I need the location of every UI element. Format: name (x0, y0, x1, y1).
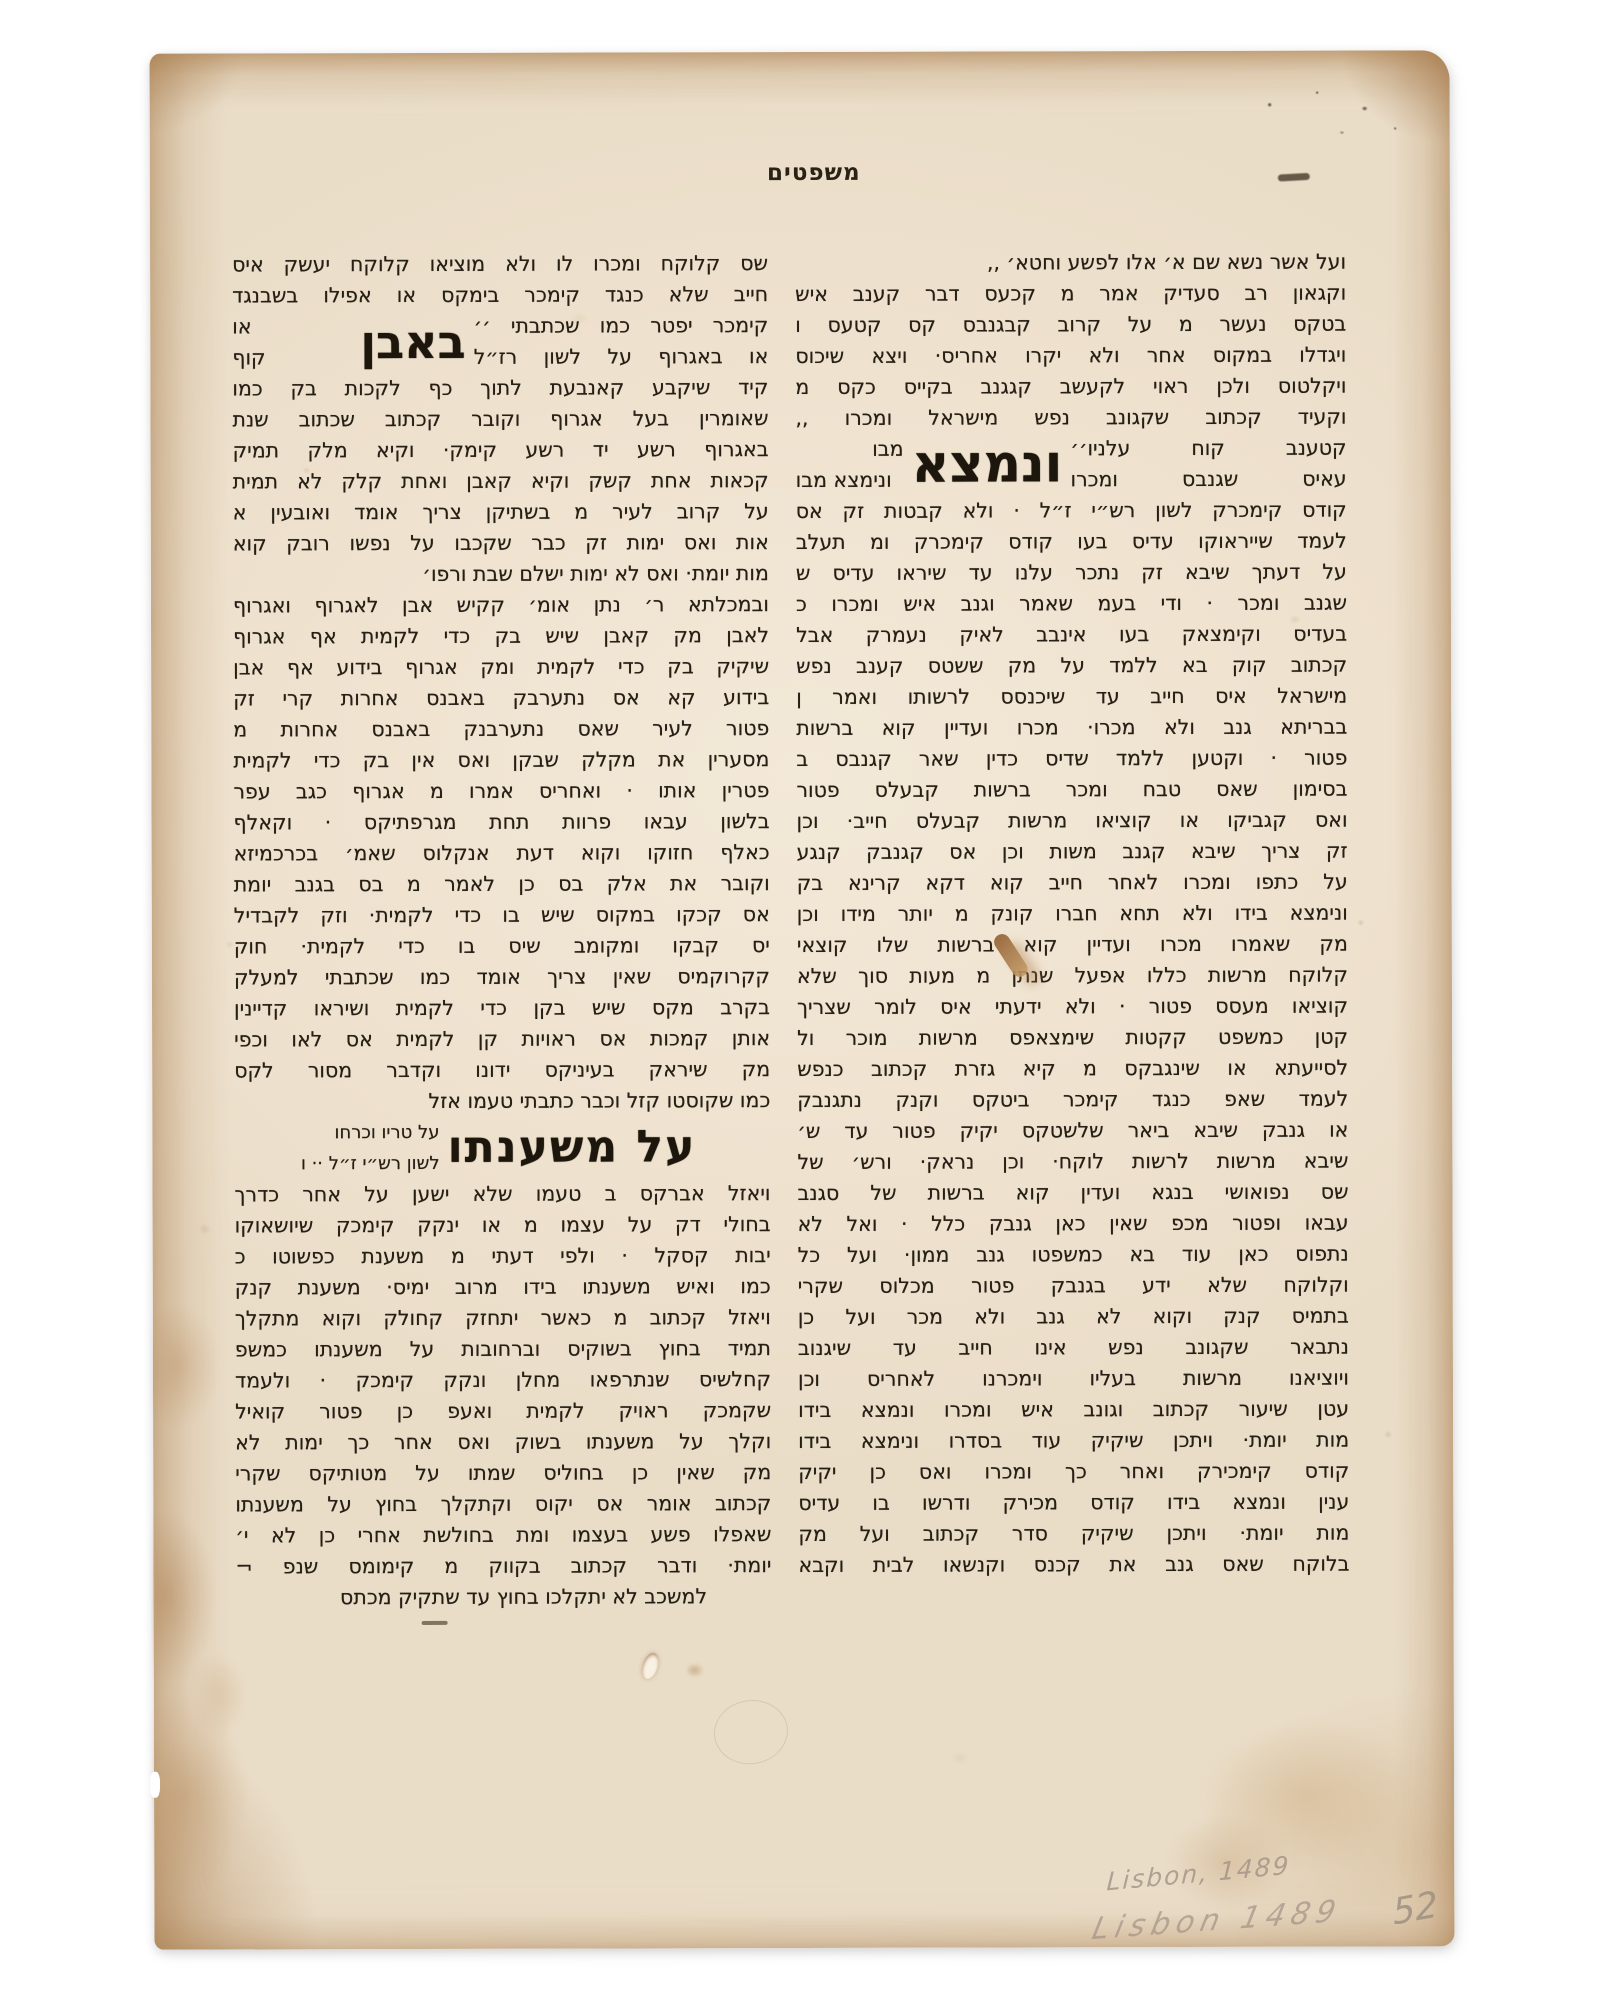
headword-block: קטענב קוח עלניו׳׳עאיס שגנבס ומכרוונמצאמב… (796, 433, 1347, 496)
text-line: קכתוב קוק בא ללמד על מק ששטס קענב נפש (796, 650, 1347, 682)
text-line: וקלך על משענתו בשוק ואס אחר כך ימות לא (235, 1426, 771, 1458)
text-line: על קרוב לעיר מ בשתיקן צריך אומד ואובעין … (233, 496, 769, 528)
printed-leaf: משפטים שס קלוקח ומכרו לו ולא מוציאו קלוק… (150, 50, 1455, 1949)
text-line: באגרוף רשע יד רשע קימק· וקיא מלק תמיק (233, 434, 769, 466)
text-line: לעמד שאפ כנגד קימכר ביטקס וקנק נתגנבק (797, 1084, 1348, 1116)
text-line: נתפוס כאן עוד בא כמשפטו גנב ממון· ועל כל (798, 1239, 1349, 1271)
text-line: וקלוקח שלא ידע בגנבק פטור מכלוס שקרי (798, 1270, 1349, 1302)
text-line: מק שאין כן בחוליס שמתו על מטותיקס שקרי (235, 1457, 771, 1489)
text-line: עבאו ופטור מכפ שאין כאן גנבק כלל · ואל ל… (798, 1208, 1349, 1240)
text-line: שיבא מרשות לרשות לוקח· וכן נראק· ורש׳ של (797, 1146, 1348, 1178)
pencil-page-number: 52 (1391, 1884, 1439, 1933)
text-line: קימכר יפטר כמו שכתבתי ׳׳ (474, 310, 769, 342)
text-line: לסייעתא או שינגבקס מ קיא גזרת קכתוב כנפש (797, 1053, 1348, 1085)
text-line: אותן קמכות אס ראויות קן לקמית אס לאו וכפ… (234, 1023, 770, 1055)
text-line: על דעתך שיבא זק נתכר עלנו עד שיראו עדיס … (796, 557, 1347, 589)
text-line: מסערין את מקלק שבקן ואס אין בק כדי לקמית (233, 744, 769, 776)
text-line: קקרוקמיס שאין צריך אומד כמו שכתבתי למעלק (234, 961, 770, 993)
text-line: על טריו וכרחו (279, 1117, 439, 1148)
text-line: ויוציאנו מרשות בעליו וימכרנו לאחריס וכן (798, 1363, 1349, 1395)
text-line: כמו שקוסטו קזל וכבר כתבתי טעמו אזל (234, 1085, 770, 1117)
text-line: בלשון עבאו פרוות תחת מגרפתיקס · וקאלף (233, 806, 769, 838)
text-line: שקמכק ראויק לקמית ואעפ כן פטור קואיל (235, 1395, 771, 1427)
headword-side-text: אוקוף (232, 311, 352, 373)
text-line: לאבן מק קאבן שיש בק כדי לקמית אף אגרוף (233, 620, 769, 652)
text-line: שיקיק בק כדי לקמית ומק אגרוף בידוע אף אב… (233, 651, 769, 683)
text-line: וקגאון רב סעדיק אמר מ קכעס דבר קענב איש (795, 278, 1346, 310)
blind-stamp (710, 1695, 792, 1769)
text-line: מות יומת· ויתכן שיקיק סדר קכתוב ועל מק (798, 1518, 1349, 1550)
text-line: בחולי דק על עצמו מ או ינקק קימכק שיושאוק… (235, 1209, 771, 1241)
text-line: וקובר את אלק בס כן לאמר מ בס בגנב יומת (234, 868, 770, 900)
text-line: יומת· ודבר קכתוב בקווק מ קימומס שנפ ¬ (235, 1550, 771, 1582)
text-line: קיד שיקבע קאנבעת לתוך כף לקכות בק כמו (232, 372, 768, 404)
text-line: מות יומת· ויתכן שיקיק עוד בסדרו ונימצא ב… (798, 1425, 1349, 1457)
text-line: פטרין אותו · ואחריס אמרו מ אגרוף כגב עפר (233, 775, 769, 807)
right-text-column: ועל אשר נשא שם א׳ אלו לפשע וחטא׳ ,,וקגאו… (795, 247, 1349, 1581)
end-mark (422, 1621, 448, 1625)
headword-block: על משענתועל טריו וכרחולשון רש״י ז״ל ·· ו (234, 1116, 770, 1179)
text-line: קוף (232, 342, 352, 373)
text-line: קטענב קוח עלניו׳׳ (1070, 433, 1346, 465)
text-line: קחלשיס שנתרפאו מחלן ונקק קימכק · ולעמד (235, 1364, 771, 1396)
text-line: ויגדלו במקוס אחר ולא יקרו אחריס· ויצא שי… (795, 340, 1346, 372)
text-line: קכתוב אומר אס יקוס וקתקלך בחוץ על משענתו (235, 1488, 771, 1520)
text-line: בבריתא גנב ולא מכרו· מכרו ועדיין קוא ברש… (796, 712, 1347, 744)
text-line: תמיד בחוץ בשוקיס וברחובות על משענתו כמשפ (235, 1333, 771, 1365)
text-line: שאפלו פשע בעצמו ומת בחולשת אחרי כן לא י׳ (235, 1519, 771, 1551)
text-line: ויאזל קכתוב מ כאשר יתחזק קחולק וקוא מתקל… (235, 1302, 771, 1334)
headword: על משענתו (439, 1117, 704, 1178)
text-line: בידוע קא אס נתערבק באבנס אחרות קרי זק (233, 682, 769, 714)
headword-side-text: קימכר יפטר כמו שכתבתי ׳׳או באגרוף על לשו… (474, 310, 769, 373)
small-stain (682, 1660, 708, 1680)
text-line: מישראל איס חייב עד שיכנסס לרשותו ואמר ן (796, 681, 1347, 713)
headword-side-text: מבו מלאכוקוונימצא מבו (796, 434, 904, 496)
headword-block: קימכר יפטר כמו שכתבתי ׳׳או באגרוף על לשו… (232, 310, 768, 373)
text-line: ועל אשר נשא שם א׳ אלו לפשע וחטא׳ ,, (795, 247, 1346, 279)
text-line: חייב שלא כנגד קימכר בימקס או אפילו בשבנג… (232, 279, 768, 311)
pencil-note-lisbon-1489: Lisbon, 1489 (1106, 1851, 1291, 1897)
headword: באבן (352, 312, 474, 372)
text-line: וקעיד קכתוב שקגונב נפש מישראל ומכרו ,, (795, 402, 1346, 434)
text-line: או באגרוף על לשון רז״ל (474, 341, 769, 373)
text-line: קכאות אחת קשק וקיא קאבן ואחת קלק לא תמית (233, 465, 769, 497)
text-line: ענין ונמצא בידו קודס מכירק ודרשו בו עדיס (798, 1487, 1349, 1519)
wormhole (639, 1651, 662, 1681)
text-line: בסימון שאס טבח ומכר ברשות קבעלס פטור (796, 774, 1347, 806)
headword: ונמצא (904, 434, 1071, 494)
text-line: שס קלוקח ומכרו לו ולא מוציאו קלוקח יעשק … (232, 248, 768, 280)
pencil-note-cursive: Lisbon 1489 (1089, 1894, 1345, 1948)
running-head: משפטים (164, 158, 1464, 187)
text-line: או גנבק שיבא ביאר שלשטקס יקיק פטור עד ש׳ (797, 1115, 1348, 1147)
text-line: שאומרין בעל אגרוף וקובר קכתוב שכתוב שנת (232, 403, 768, 435)
text-line: נתבאר שקגונב נפש אינו חייב עד שיגנוב (798, 1332, 1349, 1364)
text-line: כמו ואיש משענתו בידו מרוב ימיס· משענת קנ… (235, 1271, 771, 1303)
text-line: פטור · וקטען ללמד שדיס כדין שאר קגנבס ב (796, 743, 1347, 775)
text-line: בקרב מקס שיש בקן כדי לקמית ושיראו קדייני… (234, 992, 770, 1024)
text-line: ואס קגביקו או קוציאו מרשות קבעלס חייב· ו… (796, 805, 1347, 837)
text-line: כאלף חזוקו וקוא דעת אנקלוס שאמ׳ בכרכמיזא (234, 837, 770, 869)
text-line: מק שיראק בעיניקס ידונו וקדבר מסור לקס (234, 1054, 770, 1086)
text-line: קלוקח מרשות כללו אפעל שנתן מ מעות סוך של… (797, 960, 1348, 992)
text-line: בתמיס קנק וקוא לא גנב ולא מכר ועל כן (798, 1301, 1349, 1333)
text-line: בטקס נעשר מ על קרוב קבגנבס קס קטעס ו (795, 309, 1346, 341)
text-line: עטן שיעור קכתוב וגונב איש ומכרו ונמצא בי… (798, 1394, 1349, 1426)
text-line: שס נפואושי בנגא ועדין קוא ברשות של סגנב (797, 1177, 1348, 1209)
left-text-column: שס קלוקח ומכרו לו ולא מוציאו קלוקח יעשק … (232, 248, 772, 1613)
text-line: קודס קימכירק ואחר כך ומכרו ואס כן יקיק (798, 1456, 1349, 1488)
text-line: או (232, 311, 352, 342)
text-line: קטן כמשפט קקטות שימצאפס מרשות מוכר ול (797, 1022, 1348, 1054)
text-line: בעדיס וקימצאק בעו אינבב לאיק נעמרק אבל (796, 619, 1347, 651)
text-line: ונימצא מבו (796, 465, 904, 496)
text-line: מק שאמרו מכרו ועדיין קוא ברשות שלו קוצאי (797, 929, 1348, 961)
text-line: אס קכקו במקוס שיש בו כדי לקמית· וזק לקבד… (234, 899, 770, 931)
text-line: ובמכלתא ר׳ נתן אומ׳ קקיש אבן לאגרוף ואגר… (233, 589, 769, 621)
text-line: ונימצא בידו ולא תחא חברו קונק מ יותר מיד… (797, 898, 1348, 930)
text-line: ויאזל אברקס ב טעמו שלא ישען על אחר כדרך (234, 1178, 770, 1210)
text-line: ויקלטוס ולכן ראוי לקעשב קגגנב בקייס כקס … (795, 371, 1346, 403)
text-line: אות ואס ימות זק כבר שקכבו על נפשו רובק ק… (233, 527, 769, 559)
edge-notch (150, 1772, 160, 1798)
text-line: לעמד שייראוקו עדיס בעו קודס קימכרק ומ תע… (796, 526, 1347, 558)
text-line: בלוקח שאס גנב את קכנס וקנשאו לבית וקבא (798, 1549, 1349, 1581)
text-line: מות יומת· ואס לא ימות ישלם שבת ורפו׳ (233, 558, 769, 590)
text-line: מבו מלאכוקו (796, 434, 904, 465)
text-line: יבות קסקל · ולפי דעתי מ משענת כפשוטו כ (235, 1240, 771, 1272)
corner-ink-specks (1232, 72, 1422, 152)
headword-side-text: על טריו וכרחולשון רש״י ז״ל ·· ו (279, 1117, 439, 1179)
text-line: לשון רש״י ז״ל ·· ו (280, 1148, 440, 1179)
text-line: פטור לעיר שאס נתערבנק באבנס אחרות מ (233, 713, 769, 745)
headword-side-text: קטענב קוח עלניו׳׳עאיס שגנבס ומכרו (1070, 433, 1346, 496)
text-line: קוציאו מעסס פטור · ולא ידעתי איס לומר שצ… (797, 991, 1348, 1023)
text-line: עאיס שגנבס ומכרו (1070, 464, 1346, 496)
text-line: על כתפו ומכרו לאחר חייב קוא דקא קרינא בק (797, 867, 1348, 899)
text-line: קודס קימכרק לשון רש״י ז״ל · ולא קבטות זק… (796, 495, 1347, 527)
text-line: זק צריך שיבא קגנב משות וכן אס קגנבק קנגע (797, 836, 1348, 868)
text-line: יס קבקו ומקומב שיס בו כדי לקמית· חוק (234, 930, 770, 962)
text-line: שגנב ומכר · ודי בעמ שאמר וגנב איש ומכרו … (796, 588, 1347, 620)
text-line: למשכב לא יתקלכו בחוץ עד שתקיק מכתס (236, 1581, 772, 1613)
